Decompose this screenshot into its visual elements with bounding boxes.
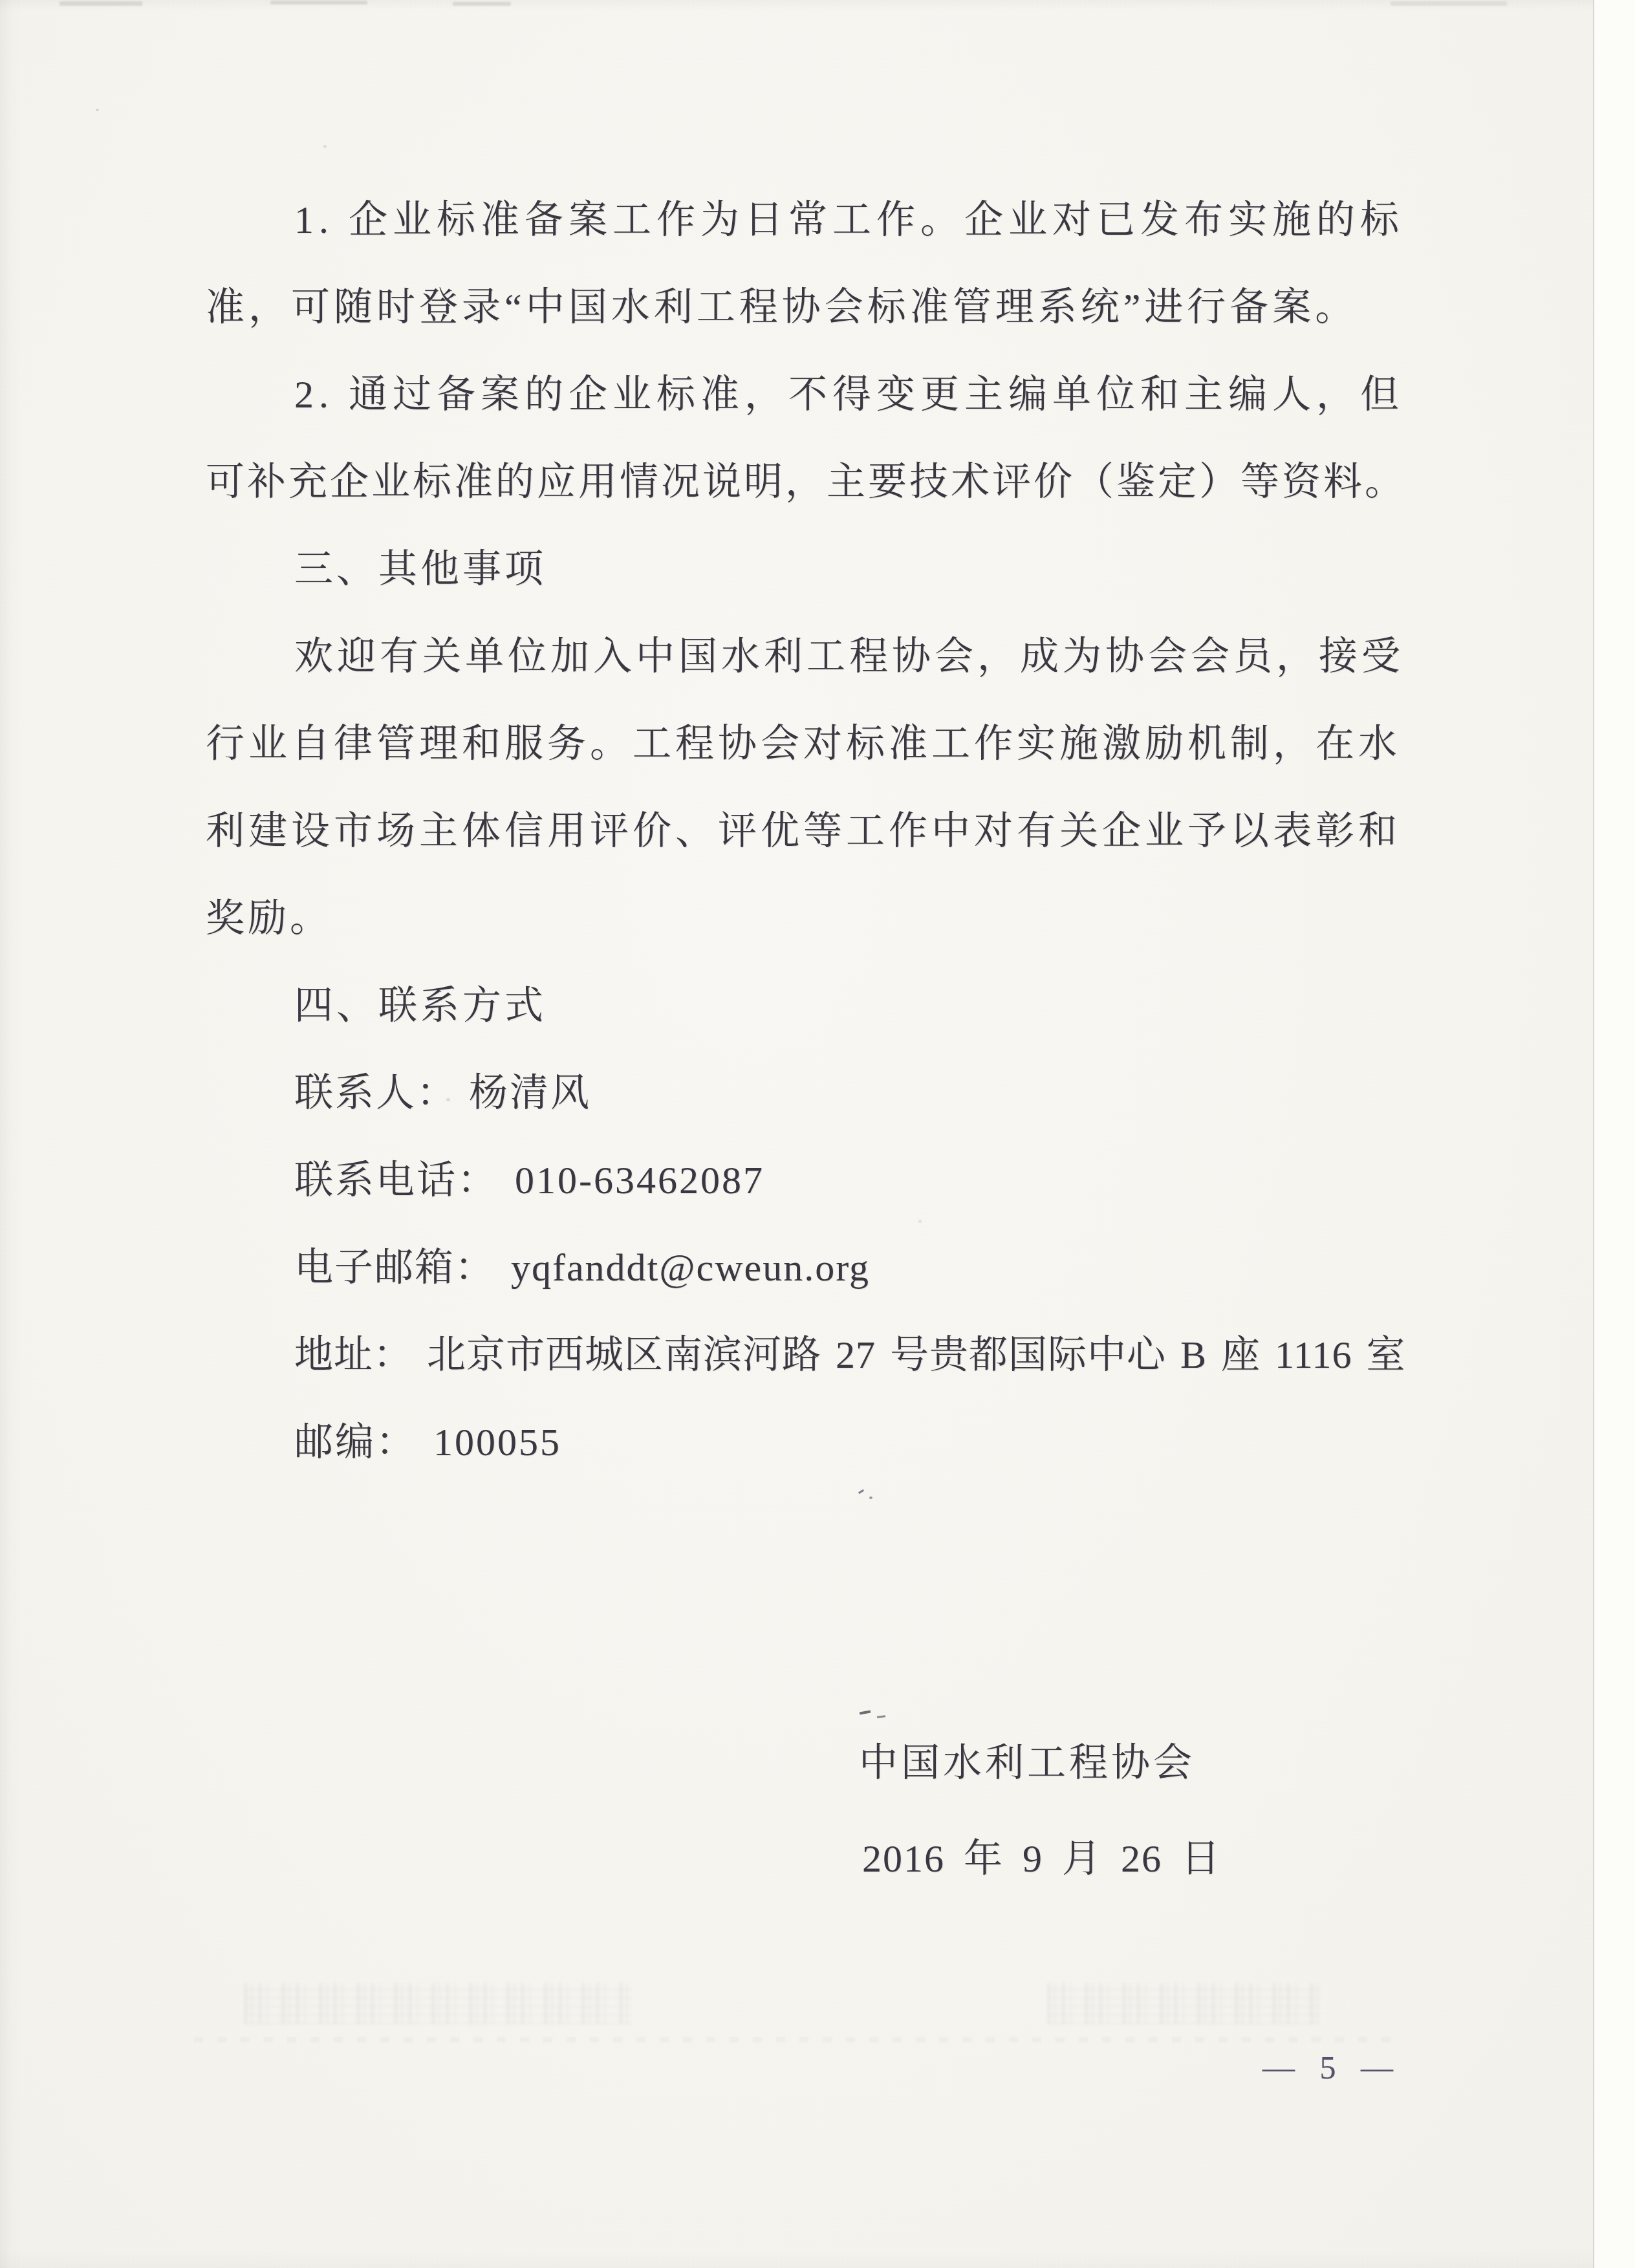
list-item-2-line-2: 可补充企业标准的应用情况说明，主要技术评价（鉴定）等资料。 bbox=[206, 457, 1406, 506]
list-item-2-line-1: 2. 通过备案的企业标准，不得变更主编单位和主编人，但 bbox=[294, 370, 1404, 419]
signature-organization: 中国水利工程协会 bbox=[859, 1738, 1195, 1787]
scan-artifact bbox=[1391, 1, 1507, 6]
stray-mark bbox=[858, 1489, 864, 1494]
scan-speck bbox=[96, 109, 99, 111]
bleed-through-text-row bbox=[194, 2037, 1391, 2042]
bleed-through-text bbox=[244, 1983, 633, 2024]
signature-date: 2016 年 9 月 26 日 bbox=[862, 1834, 1221, 1883]
contact-phone-line: 联系电话： 010-63462087 bbox=[294, 1156, 764, 1205]
paragraph-line: 利建设市场主体信用评价、评优等工作中对有关企业予以表彰和 bbox=[206, 806, 1401, 856]
scan-artifact bbox=[60, 1, 142, 6]
contact-address-line: 地址： 北京市西城区南滨河路 27 号贵都国际中心 B 座 1116 室 bbox=[294, 1330, 1406, 1379]
section-heading-other: 三、其他事项 bbox=[294, 545, 547, 594]
contact-person-line: 联系人： 杨清风 bbox=[294, 1068, 591, 1118]
scanned-document-page: 1. 企业标准备案工作为日常工作。企业对已发布实施的标 准，可随时登录“中国水利… bbox=[0, 0, 1635, 2268]
page-number: — 5 — bbox=[1262, 2045, 1397, 2090]
scan-speck bbox=[918, 1220, 922, 1223]
list-item-1-line-2: 准，可随时登录“中国水利工程协会标准管理系统”进行备案。 bbox=[206, 283, 1358, 332]
stray-mark bbox=[869, 1496, 872, 1499]
scan-speck bbox=[323, 145, 327, 148]
contact-email-line: 电子邮箱： yqfanddt@cweun.org bbox=[294, 1243, 870, 1292]
scan-edge-strip bbox=[1593, 0, 1635, 2268]
section-heading-contact: 四、联系方式 bbox=[294, 981, 547, 1030]
scan-artifact bbox=[270, 1, 367, 5]
contact-postcode-line: 邮编： 100055 bbox=[294, 1418, 561, 1467]
paragraph-line: 奖励。 bbox=[206, 894, 332, 943]
list-item-1-line-1: 1. 企业标准备案工作为日常工作。企业对已发布实施的标 bbox=[294, 195, 1404, 244]
paragraph-line: 行业自律管理和服务。工程协会对标准工作实施激励机制，在水 bbox=[206, 719, 1401, 768]
scan-artifact bbox=[453, 2, 511, 6]
stray-mark bbox=[877, 1715, 885, 1718]
paragraph-line: 欢迎有关单位加入中国水利工程协会，成为协会会员，接受 bbox=[294, 632, 1404, 681]
stray-mark bbox=[860, 1711, 871, 1715]
bleed-through-text bbox=[1048, 1983, 1319, 2024]
